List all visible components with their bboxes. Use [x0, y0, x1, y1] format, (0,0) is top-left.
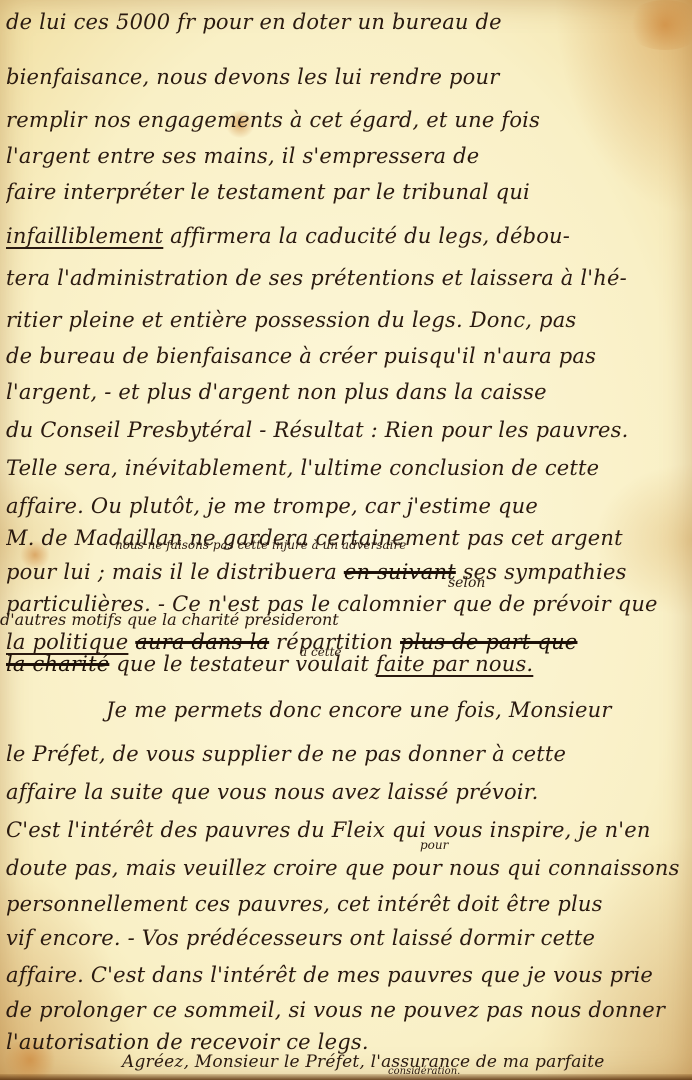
page-edge — [0, 1074, 692, 1080]
text-line: Je me permets donc encore une fois, Mons… — [6, 690, 688, 730]
text-line: doute pas, mais veuillez croire que pour… — [6, 848, 688, 888]
struck-text: en suivant — [344, 560, 456, 584]
text-line: de lui ces 5000 fr pour en doter un bure… — [6, 2, 688, 42]
underlined-word: faite par nous. — [376, 652, 533, 676]
text-line: Telle sera, inévitablement, l'ultime con… — [6, 448, 688, 488]
struck-text: la charité — [6, 652, 109, 676]
text-line: tera l'administration de ses prétentions… — [6, 258, 688, 298]
text-line: l'argent entre ses mains, il s'empresser… — [6, 136, 688, 176]
text-line: ritier pleine et entière possession du l… — [6, 300, 688, 340]
text-line: du Conseil Presbytéral - Résultat : Rien… — [6, 410, 688, 450]
text-line: la charité que le testateur voulait fait… — [6, 644, 688, 684]
text-line: l'argent, - et plus d'argent non plus da… — [6, 372, 688, 412]
text-line: affaire. C'est dans l'intérêt de mes pau… — [6, 955, 688, 995]
letter-page: de lui ces 5000 fr pour en doter un bure… — [0, 0, 692, 1080]
underlined-word: infailliblement — [6, 224, 163, 248]
text-line: vif encore. - Vos prédécesseurs ont lais… — [6, 918, 688, 958]
text-line: faire interpréter le testament par le tr… — [6, 172, 688, 212]
text-line: affaire la suite que vous nous avez lais… — [6, 772, 688, 812]
text-line: de bureau de bienfaisance à créer puisqu… — [6, 336, 688, 376]
text-line: bienfaisance, nous devons les lui rendre… — [6, 57, 688, 97]
interlinear-insertion: nous ne faisons pas cette injure à un ad… — [115, 538, 406, 552]
text-line: remplir nos engagements à cet égard, et … — [6, 100, 688, 140]
text-line: C'est l'intérêt des pauvres du Fleix qui… — [6, 810, 688, 850]
text-line: infailliblement affirmera la caducité du… — [6, 216, 688, 256]
text-line: le Préfet, de vous supplier de ne pas do… — [6, 734, 688, 774]
